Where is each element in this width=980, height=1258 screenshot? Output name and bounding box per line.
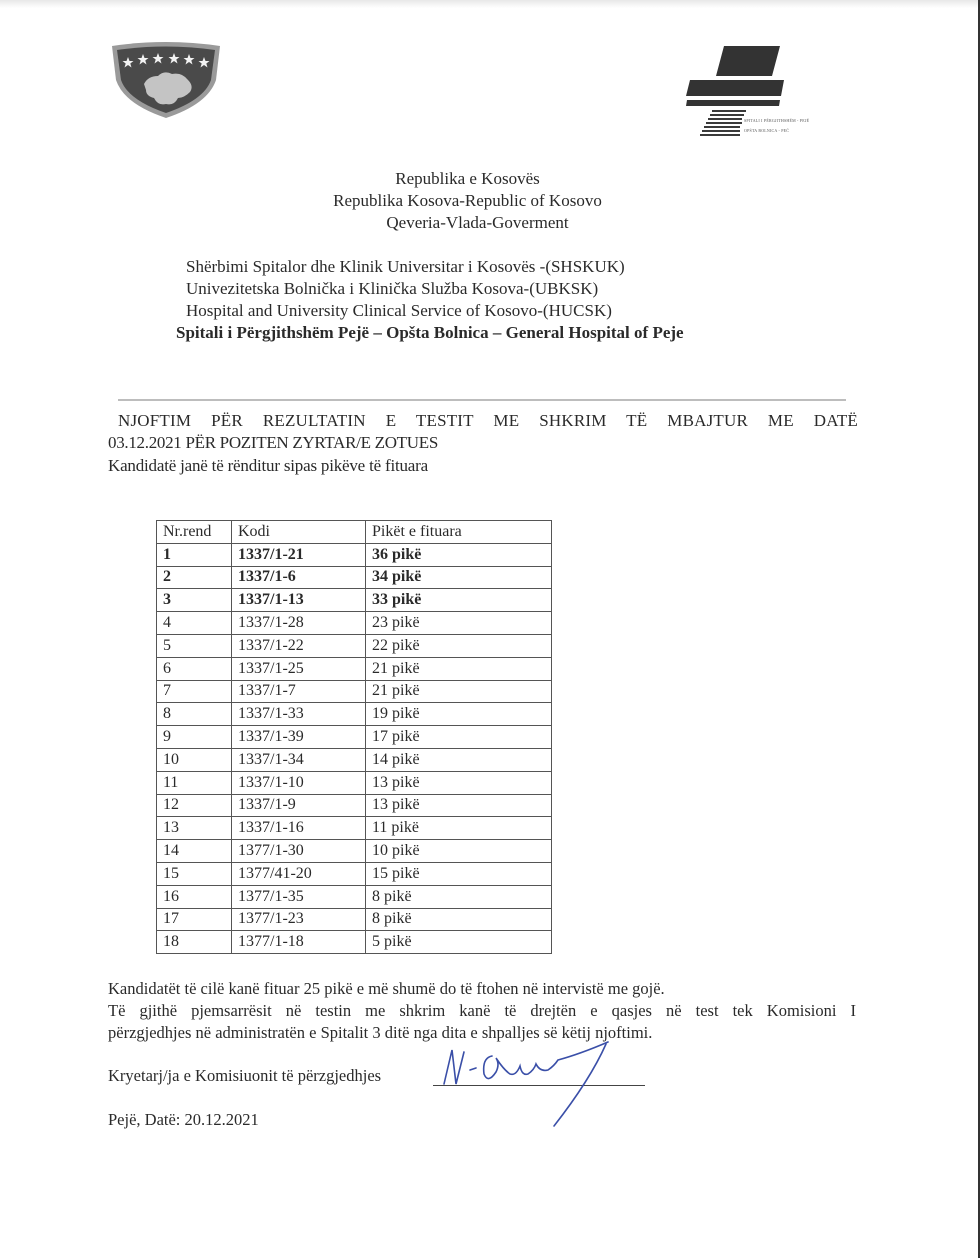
notice-title-line2: 03.12.2021 PËR POZITEN ZYRTAR/E ZOTUES — [108, 432, 858, 454]
table-row: 41337/1-2823 pikë — [157, 612, 552, 635]
cell-kodi: 1337/1-33 — [232, 703, 366, 726]
cell-nr-rend: 17 — [157, 908, 232, 931]
cell-piket: 13 pikë — [366, 771, 552, 794]
cell-kodi: 1337/1-16 — [232, 817, 366, 840]
notice-title: NJOFTIM PËR REZULTATIN E TESTIT ME SHKRI… — [108, 410, 858, 454]
cell-kodi: 1337/1-13 — [232, 589, 366, 612]
cell-nr-rend: 11 — [157, 771, 232, 794]
table-row: 181377/1-185 pikë — [157, 931, 552, 954]
cell-nr-rend: 16 — [157, 885, 232, 908]
cell-nr-rend: 10 — [157, 748, 232, 771]
cell-kodi: 1377/41-20 — [232, 862, 366, 885]
cell-nr-rend: 5 — [157, 634, 232, 657]
cell-piket: 22 pikë — [366, 634, 552, 657]
org-line-ubksk: Univezitetska Bolnička i Klinička Služba… — [186, 278, 598, 300]
cell-piket: 17 pikë — [366, 726, 552, 749]
results-table: Nr.rend Kodi Pikët e fituara 11337/1-213… — [156, 520, 552, 954]
table-row: 11337/1-2136 pikë — [157, 543, 552, 566]
cell-nr-rend: 2 — [157, 566, 232, 589]
cell-kodi: 1337/1-25 — [232, 657, 366, 680]
table-row: 151377/41-2015 pikë — [157, 862, 552, 885]
cell-nr-rend: 12 — [157, 794, 232, 817]
hospital-logo-caption-line1: SPITALI I PËRGJITHSHËM - PEJË — [744, 118, 809, 123]
cell-piket: 34 pikë — [366, 566, 552, 589]
cell-piket: 5 pikë — [366, 931, 552, 954]
cell-kodi: 1337/1-6 — [232, 566, 366, 589]
table-row: 101337/1-3414 pikë — [157, 748, 552, 771]
document-date: Pejë, Datë: 20.12.2021 — [108, 1110, 259, 1130]
cell-nr-rend: 3 — [157, 589, 232, 612]
cell-nr-rend: 8 — [157, 703, 232, 726]
table-row: 21337/1-634 pikë — [157, 566, 552, 589]
header-line-republic-multilang: Republika Kosova-Republic of Kosovo — [0, 190, 935, 212]
header-piket: Pikët e fituara — [366, 521, 552, 544]
cell-nr-rend: 1 — [157, 543, 232, 566]
cell-piket: 11 pikë — [366, 817, 552, 840]
cell-kodi: 1337/1-39 — [232, 726, 366, 749]
cell-kodi: 1377/1-23 — [232, 908, 366, 931]
org-line-hospital-name: Spitali i Përgjithshëm Pejë – Opšta Boln… — [176, 323, 684, 343]
header-line-government: Qeveria-Vlada-Goverment — [0, 212, 935, 234]
cell-nr-rend: 18 — [157, 931, 232, 954]
kosovo-coat-of-arms-icon — [108, 40, 224, 120]
table-row: 111337/1-1013 pikë — [157, 771, 552, 794]
cell-kodi: 1337/1-21 — [232, 543, 366, 566]
org-line-shskuk: Shërbimi Spitalor dhe Klinik Universitar… — [186, 256, 625, 278]
notice-title-line1: NJOFTIM PËR REZULTATIN E TESTIT ME SHKRI… — [108, 410, 858, 432]
cell-nr-rend: 9 — [157, 726, 232, 749]
cell-piket: 33 pikë — [366, 589, 552, 612]
cell-piket: 21 pikë — [366, 657, 552, 680]
cell-nr-rend: 4 — [157, 612, 232, 635]
cell-kodi: 1337/1-7 — [232, 680, 366, 703]
cell-piket: 10 pikë — [366, 840, 552, 863]
cell-piket: 19 pikë — [366, 703, 552, 726]
page-top-shadow — [0, 0, 980, 8]
header-line-republic: Republika e Kosovës — [0, 168, 935, 190]
cell-kodi: 1337/1-22 — [232, 634, 366, 657]
hospital-logo: SPITALI I PËRGJITHSHËM - PEJË OPŠTA BOLN… — [684, 46, 854, 142]
cell-nr-rend: 15 — [157, 862, 232, 885]
cell-kodi: 1337/1-28 — [232, 612, 366, 635]
cell-kodi: 1377/1-30 — [232, 840, 366, 863]
cell-piket: 23 pikë — [366, 612, 552, 635]
cell-piket: 21 pikë — [366, 680, 552, 703]
table-row: 51337/1-2222 pikë — [157, 634, 552, 657]
interview-note: Kandidatët të cilë kanë fituar 25 pikë e… — [108, 978, 856, 1000]
cell-piket: 8 pikë — [366, 908, 552, 931]
cell-nr-rend: 6 — [157, 657, 232, 680]
cell-piket: 36 pikë — [366, 543, 552, 566]
table-row: 141377/1-3010 pikë — [157, 840, 552, 863]
table-row: 81337/1-3319 pikë — [157, 703, 552, 726]
cell-piket: 8 pikë — [366, 885, 552, 908]
cell-kodi: 1377/1-35 — [232, 885, 366, 908]
table-row: 31337/1-1333 pikë — [157, 589, 552, 612]
table-row: 71337/1-721 pikë — [157, 680, 552, 703]
hospital-logo-caption-line2: OPŠTA BOLNICA - PEĆ — [744, 128, 789, 133]
cell-piket: 13 pikë — [366, 794, 552, 817]
cell-piket: 14 pikë — [366, 748, 552, 771]
table-header-row: Nr.rend Kodi Pikët e fituara — [157, 521, 552, 544]
header-kodi: Kodi — [232, 521, 366, 544]
notice-subtitle: Kandidatë janë të rënditur sipas pikëve … — [108, 456, 428, 476]
cell-kodi: 1337/1-10 — [232, 771, 366, 794]
table-row: 121337/1-913 pikë — [157, 794, 552, 817]
table-row: 61337/1-2521 pikë — [157, 657, 552, 680]
org-line-hucsk: Hospital and University Clinical Service… — [186, 300, 612, 322]
cell-kodi: 1377/1-18 — [232, 931, 366, 954]
cell-nr-rend: 7 — [157, 680, 232, 703]
handwritten-signature-icon — [430, 1040, 630, 1130]
header-divider — [118, 399, 846, 401]
cell-nr-rend: 13 — [157, 817, 232, 840]
table-row: 161377/1-358 pikë — [157, 885, 552, 908]
table-row: 171377/1-238 pikë — [157, 908, 552, 931]
access-note-line1: Të gjithë pjemsarrësit në testin me shkr… — [108, 1000, 856, 1022]
header-nr-rend: Nr.rend — [157, 521, 232, 544]
cell-kodi: 1337/1-9 — [232, 794, 366, 817]
footer-paragraphs: Kandidatët të cilë kanë fituar 25 pikë e… — [108, 978, 856, 1044]
table-row: 131337/1-1611 pikë — [157, 817, 552, 840]
cell-nr-rend: 14 — [157, 840, 232, 863]
table-row: 91337/1-3917 pikë — [157, 726, 552, 749]
state-header: Republika e Kosovës Republika Kosova-Rep… — [0, 168, 935, 234]
signature-label: Kryetarj/ja e Komisiuonit të përzgjedhje… — [108, 1066, 381, 1086]
cell-kodi: 1337/1-34 — [232, 748, 366, 771]
cell-piket: 15 pikë — [366, 862, 552, 885]
